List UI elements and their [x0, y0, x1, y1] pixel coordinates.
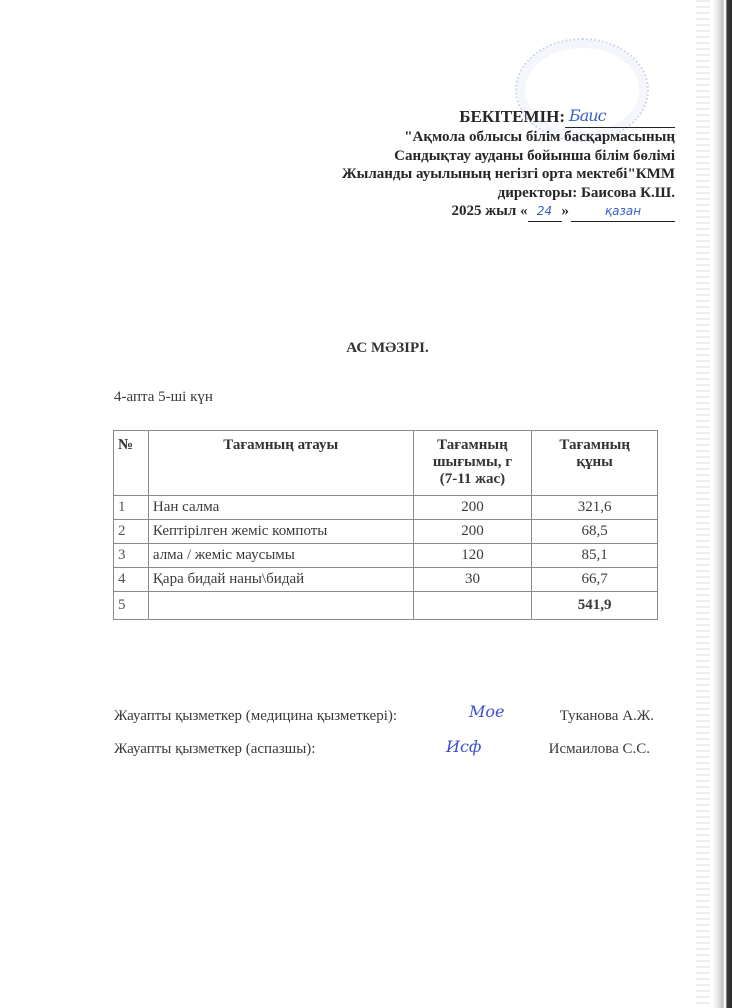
signatory-name: Исмаилова С.С. [549, 741, 650, 758]
approval-title: БЕКІТЕМІН:Баис [175, 106, 675, 128]
header-price: Тағамның құны [532, 431, 658, 496]
row-weight: 200 [413, 496, 532, 520]
total-weight [413, 592, 532, 620]
row-price: 66,7 [532, 568, 658, 592]
approved-label: БЕКІТЕМІН: [459, 107, 565, 126]
header-price-line: құны [536, 454, 653, 471]
approval-block: БЕКІТЕМІН:Баис "Ақмола облысы білім басқ… [175, 106, 675, 222]
table-row: 1 Нан салма 200 321,6 [114, 496, 658, 520]
table-row: 3 алма / жеміс маусымы 120 85,1 [114, 544, 658, 568]
row-price: 68,5 [532, 520, 658, 544]
signature-row-medical: Жауапты қызметкер (медицина қызметкері):… [114, 708, 654, 741]
row-name: Нан салма [148, 496, 413, 520]
signature-row-cook: Жауапты қызметкер (аспазшы): Исф Исмаило… [114, 741, 654, 774]
signatures-block: Жауапты қызметкер (медицина қызметкері):… [114, 708, 654, 774]
menu-table: № Тағамның атауы Тағамның шығымы, г (7-1… [113, 430, 658, 620]
document-page: БЕКІТЕМІН:Баис "Ақмола облысы білім басқ… [0, 0, 732, 1008]
handwritten-signature: Исф [446, 737, 481, 756]
table-header-row: № Тағамның атауы Тағамның шығымы, г (7-1… [114, 431, 658, 496]
row-name: алма / жеміс маусымы [148, 544, 413, 568]
total-price: 541,9 [532, 592, 658, 620]
approval-line: "Ақмола облысы білім басқармасының [175, 128, 675, 147]
scan-noise [696, 0, 710, 1008]
row-num: 4 [114, 568, 149, 592]
approval-line: директоры: Баисова К.Ш. [175, 184, 675, 203]
table-total-row: 5 541,9 [114, 592, 658, 620]
row-weight: 120 [413, 544, 532, 568]
row-price: 85,1 [532, 544, 658, 568]
director-signature-line: Баис [565, 111, 675, 128]
signature-label: Жауапты қызметкер (аспазшы): [114, 741, 315, 758]
row-num: 2 [114, 520, 149, 544]
row-name: Қара бидай наны\бидай [148, 568, 413, 592]
row-num: 1 [114, 496, 149, 520]
signatory-name: Туканова А.Ж. [560, 708, 654, 725]
table-row: 2 Кептірілген жеміс компоты 200 68,5 [114, 520, 658, 544]
total-name [148, 592, 413, 620]
total-num: 5 [114, 592, 149, 620]
header-num: № [114, 431, 149, 496]
header-weight: Тағамның шығымы, г (7-11 жас) [413, 431, 532, 496]
row-weight: 30 [413, 568, 532, 592]
week-day-label: 4-апта 5-ші күн [114, 389, 213, 406]
signature-label: Жауапты қызметкер (медицина қызметкері): [114, 708, 397, 725]
approval-line: Сандықтау ауданы бойынша білім бөлімі [175, 147, 675, 166]
date-sep: » [562, 203, 570, 219]
date-prefix: 2025 жыл « [451, 203, 527, 219]
header-name: Тағамның атауы [148, 431, 413, 496]
table-row: 4 Қара бидай наны\бидай 30 66,7 [114, 568, 658, 592]
date-day: 24 [528, 202, 562, 222]
header-weight-line: (7-11 жас) [418, 471, 528, 488]
approval-line: Жыланды ауылының негізгі орта мектебі"КМ… [175, 165, 675, 184]
director-signature: Баис [569, 105, 606, 127]
row-weight: 200 [413, 520, 532, 544]
scan-edge [712, 0, 732, 1008]
handwritten-signature: Мое [469, 702, 504, 721]
row-name: Кептірілген жеміс компоты [148, 520, 413, 544]
row-num: 3 [114, 544, 149, 568]
date-month: қазан [571, 202, 675, 222]
row-price: 321,6 [532, 496, 658, 520]
header-price-line: Тағамның [536, 437, 653, 454]
header-weight-line: шығымы, г [418, 454, 528, 471]
menu-title: АС МӘЗІРІ. [0, 340, 732, 357]
approval-date: 2025 жыл «24»қазан [175, 202, 675, 222]
header-weight-line: Тағамның [418, 437, 528, 454]
